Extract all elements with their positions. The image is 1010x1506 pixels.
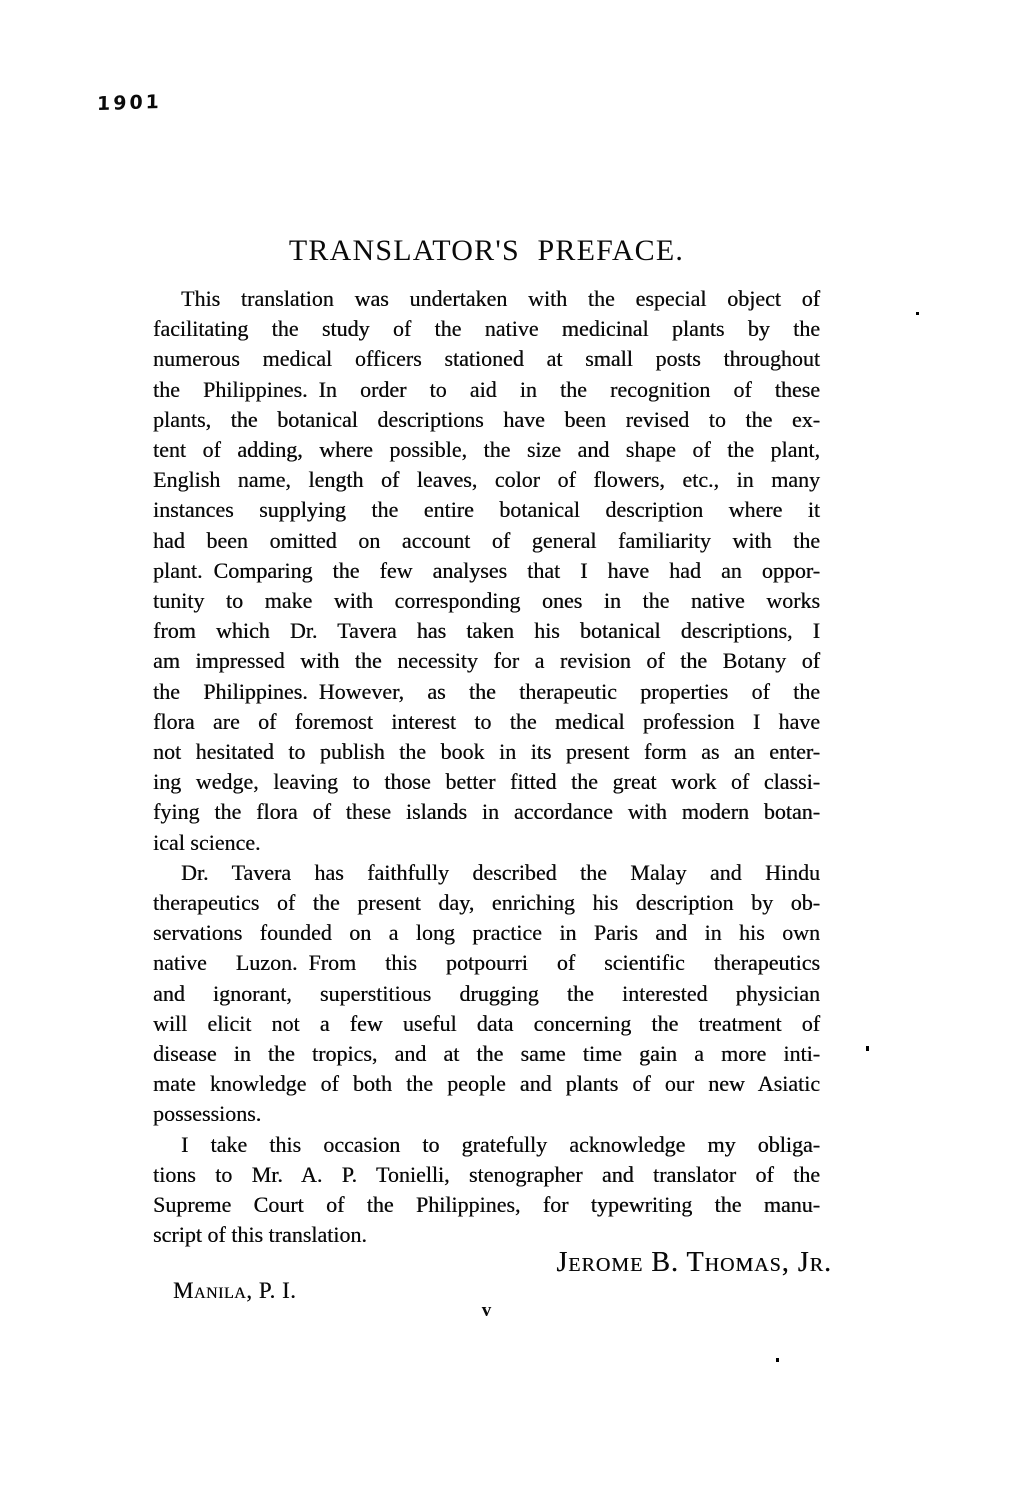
text-line: flora are of foremost interest to the me… — [153, 707, 820, 737]
scan-speck — [776, 1358, 779, 1362]
text-line: mate knowledge of both the people and pl… — [153, 1069, 820, 1099]
text-line: tunity to make with corresponding ones i… — [153, 586, 820, 616]
text-line: Supreme Court of the Philippines, for ty… — [153, 1190, 820, 1220]
signature-line: Jerome B. Thomas, Jr. — [153, 1247, 832, 1279]
paragraph: I take this occasion to gratefully ackno… — [153, 1130, 820, 1251]
preface-body: This translation was undertaken with the… — [153, 284, 820, 1251]
text-line: from which Dr. Tavera has taken his bota… — [153, 616, 820, 646]
text-line: instances supplying the entire botanical… — [153, 495, 820, 525]
handwritten-year-note: 1901 — [97, 91, 162, 115]
text-line: possessions. — [153, 1099, 820, 1129]
text-line: and ignorant, superstitious drugging the… — [153, 979, 820, 1009]
paragraph: Dr. Tavera has faithfully described the … — [153, 858, 820, 1130]
text-line: facilitating the study of the native med… — [153, 314, 820, 344]
text-line: not hesitated to publish the book in its… — [153, 737, 820, 767]
text-line: script of this translation. — [153, 1220, 820, 1250]
text-line: Dr. Tavera has faithfully described the … — [153, 858, 820, 888]
text-line: English name, length of leaves, color of… — [153, 465, 820, 495]
text-line: had been omitted on account of general f… — [153, 526, 820, 556]
text-line: servations founded on a long practice in… — [153, 918, 820, 948]
text-line: I take this occasion to gratefully ackno… — [153, 1130, 820, 1160]
text-line: the Philippines. In order to aid in the … — [153, 375, 820, 405]
book-page: 1901 TRANSLATOR'S PREFACE. This translat… — [0, 0, 1010, 1506]
text-line: disease in the tropics, and at the same … — [153, 1039, 820, 1069]
text-line: therapeutics of the present day, enrichi… — [153, 888, 820, 918]
text-line: tions to Mr. A. P. Tonielli, stenographe… — [153, 1160, 820, 1190]
text-line: numerous medical officers stationed at s… — [153, 344, 820, 374]
text-line: am impressed with the necessity for a re… — [153, 646, 820, 676]
paragraph: This translation was undertaken with the… — [153, 284, 820, 858]
text-line: This translation was undertaken with the… — [153, 284, 820, 314]
text-line: plants, the botanical descriptions have … — [153, 405, 820, 435]
text-line: the Philippines. However, as the therape… — [153, 677, 820, 707]
text-line: plant. Comparing the few analyses that I… — [153, 556, 820, 586]
preface-title: TRANSLATOR'S PREFACE. — [153, 234, 820, 268]
text-line: ical science. — [153, 828, 820, 858]
scan-speck — [866, 1046, 869, 1051]
scan-speck — [916, 312, 919, 315]
text-line: tent of adding, where possible, the size… — [153, 435, 820, 465]
text-line: ing wedge, leaving to those better fitte… — [153, 767, 820, 797]
text-line: native Luzon. From this potpourri of sci… — [153, 948, 820, 978]
text-line: will elicit not a few useful data concer… — [153, 1009, 820, 1039]
page-number: v — [153, 1300, 820, 1322]
text-line: fying the flora of these islands in acco… — [153, 797, 820, 827]
